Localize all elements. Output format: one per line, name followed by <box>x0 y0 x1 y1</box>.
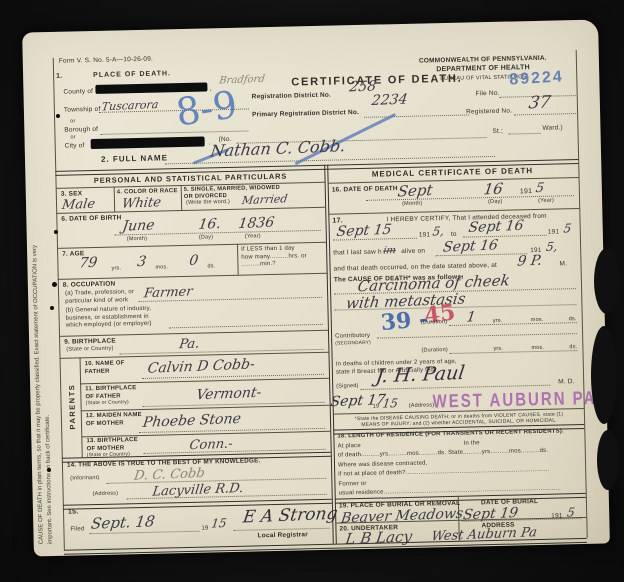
dob-unit-year: (Year) <box>245 233 261 240</box>
registered-no-handwritten: 37 <box>527 92 551 113</box>
registrar-signature: E A Strong <box>242 504 339 528</box>
signed-address-label: (Address) <box>409 402 435 409</box>
dob-unit-day: (Day) <box>199 234 214 241</box>
dob-label: 6. DATE OF BIRTH <box>61 214 121 223</box>
local-registrar-label: Local Registrar <box>258 531 308 540</box>
dob-year-handwritten: 1836 <box>237 215 275 232</box>
to-word: to <box>451 231 457 239</box>
primary-district-handwritten: 2234 <box>371 92 409 109</box>
duration2-line <box>450 350 578 354</box>
father-name-label: 10. NAME OF FATHER <box>85 360 125 376</box>
item15-number: 15. <box>68 508 79 517</box>
contributory-label: Contributory <box>335 333 370 341</box>
ward-line <box>509 133 541 135</box>
signed-19-printed: 19 <box>373 404 380 411</box>
city-label: City of <box>65 142 85 151</box>
registered-no-line <box>514 113 576 115</box>
lastsaw-year-handwritten: 5, <box>545 239 558 254</box>
from-year-handwritten: 5, <box>432 224 445 239</box>
age-years-handwritten: 79 <box>78 255 98 272</box>
filed-19-printed: 19 <box>201 526 208 534</box>
street-ward-label: Ward.) <box>542 124 563 133</box>
torn-edge-blob-3 <box>597 430 619 490</box>
photo-background: CAUSE OF DEATH in plain terms, so that i… <box>0 0 624 582</box>
residence-atplace: At place <box>338 443 361 451</box>
row-rule-6 <box>80 378 329 385</box>
row-rule-5 <box>60 352 329 359</box>
row-rule-1 <box>56 207 325 214</box>
date-of-death-label: 16. DATE OF DEATH <box>332 185 398 195</box>
occupation-handwritten: Farmer <box>143 284 193 301</box>
birthplace-note: (State or Country) <box>66 346 113 354</box>
residence-line3: Where was disease contracted, <box>338 461 428 471</box>
borough-line <box>100 130 248 134</box>
street-st-label: St.; <box>492 128 503 136</box>
marital-note: (Write the word.) <box>186 199 230 207</box>
occupation-label: 8. OCCUPATION <box>63 281 116 290</box>
mother-name-label: 12. MAIDEN NAME OF MOTHER <box>86 412 142 428</box>
torn-edge-blob-2 <box>591 326 617 424</box>
primary-district-line <box>364 114 469 117</box>
lastsaw-date-handwritten: Sept 16 <box>442 237 499 255</box>
margin-note-line2: important. See instructions on back of c… <box>45 415 54 545</box>
dod-unit-day: (Day) <box>488 199 503 206</box>
mother-name-handwritten: Phoebe Stone <box>142 411 242 431</box>
ink-dot-4 <box>50 306 54 310</box>
form-number: Form V. S. No. 5-A—10-26-09. <box>59 56 153 66</box>
city-redaction-bar <box>91 136 205 149</box>
filed-label: Filed <box>70 526 84 534</box>
fullname-handwritten: Nathan C. Cobb. <box>209 136 346 160</box>
or-word-2: or <box>70 134 75 141</box>
md-label: M. D. <box>558 378 575 386</box>
dob-unit-month: (Month) <box>127 236 148 243</box>
ink-dot-1 <box>56 114 60 118</box>
county-label: County of <box>63 88 93 97</box>
marital-handwritten: Married <box>241 192 288 207</box>
occupation-b-label: (b) General nature of industry, business… <box>65 306 151 330</box>
ink-dot-5 <box>47 468 51 472</box>
dod-unit-month: (Month) <box>402 201 423 208</box>
race-handwritten: White <box>121 195 162 212</box>
row-rule-3 <box>58 273 327 280</box>
occupation-a-label: (a) Trade, profession, or particular kin… <box>65 289 134 306</box>
row-rule-8 <box>81 431 330 438</box>
lastsaw-text: that I last saw h <box>333 248 382 257</box>
lastsaw-text2: alive on <box>401 248 425 257</box>
signed-year-handwritten: 15 <box>382 396 399 411</box>
registration-district-label: Registration District No. <box>252 92 332 102</box>
contributory-note: (SECONDARY) <box>335 341 371 348</box>
undertaker-handwritten: L B Lacy <box>344 527 413 548</box>
age-less-note: If LESS than 1 day how many..........hrs… <box>241 245 307 269</box>
parents-strip-line <box>80 357 83 457</box>
file-number-stamp: 89224 <box>509 68 564 89</box>
residence-line2: of death..........yrs..........mos......… <box>338 448 549 460</box>
contributory-line <box>377 333 577 339</box>
dod-year-handwritten: 5 <box>535 181 545 196</box>
father-birthplace-handwritten: Vermont- <box>195 385 262 404</box>
occurred-time-handwritten: 9 P. <box>516 253 543 270</box>
dob-month-handwritten: June <box>121 217 155 234</box>
registered-no-label: Registered No. <box>466 108 512 117</box>
duration-handwritten: 1 <box>466 309 477 325</box>
age-days-handwritten: 0 <box>188 253 199 269</box>
attended-from-handwritten: Sept 15 <box>336 222 393 240</box>
margin-note-line1: CAUSE OF DEATH in plain terms, so that i… <box>32 245 45 544</box>
attended-to-handwritten: Sept 16 <box>468 218 525 236</box>
residence-inthe: In the <box>464 440 480 448</box>
lastsaw-him-handwritten: im <box>382 245 396 257</box>
crayon-district-mark: 8-9 <box>173 82 240 134</box>
registrar-line <box>233 528 329 531</box>
occurred-m-printed: M. <box>559 260 567 268</box>
or-word-1: or <box>70 118 75 125</box>
age-cell-divider <box>237 244 239 275</box>
informant-label: (Informant) <box>70 475 99 483</box>
borough-label: Borough of <box>64 126 98 135</box>
birthplace-handwritten: Pa. <box>178 336 200 352</box>
cell-line-2 <box>181 185 183 210</box>
file-no-label: File No. <box>476 90 500 99</box>
fullname-label: 2. FULL NAME <box>101 153 168 165</box>
parents-vertical-label: PARENTS <box>67 384 77 430</box>
physician-signature: J. H. Paul <box>374 362 466 388</box>
sex-handwritten: Male <box>61 197 96 213</box>
to-191-printed: 191 <box>548 228 560 236</box>
signed-label: (Signed) <box>336 383 359 390</box>
primary-district-label: Primary Registration District No. <box>252 109 359 120</box>
place-of-death-label: PLACE OF DEATH. <box>93 70 171 81</box>
item1-number: 1. <box>56 73 62 82</box>
filed-date-handwritten: Sept. 18 <box>90 512 156 533</box>
cell-line-1 <box>114 187 116 212</box>
dod-unit-year: (Year) <box>538 198 554 205</box>
father-name-handwritten: Calvin D Cobb- <box>147 356 256 376</box>
occupation-b-line <box>169 324 323 328</box>
age-months-handwritten: 3 <box>136 254 147 270</box>
duration2-label: (Duration) <box>421 347 448 354</box>
age-mos-unit: mos. <box>155 264 168 271</box>
dod-day-handwritten: 16 <box>483 180 505 199</box>
death-certificate-paper: CAUSE OF DEATH in plain terms, so that i… <box>22 20 610 557</box>
from-191-printed: 191 <box>419 231 431 239</box>
torn-edge-blob-1 <box>594 248 620 314</box>
to-year-handwritten: 5 <box>563 221 573 235</box>
residence-line5: Former or <box>338 481 366 489</box>
ink-dot-2 <box>54 230 58 234</box>
duration-label: (Duration) <box>421 319 448 326</box>
father-birthplace-note: (State or Country) <box>85 399 128 406</box>
informant-address-label: (Address) <box>93 491 119 498</box>
dob-day-handwritten: 16. <box>197 216 221 233</box>
ink-dot-3 <box>52 282 57 287</box>
form-left-border <box>53 58 65 550</box>
age-ds-unit: ds. <box>207 263 215 270</box>
form-right-border <box>576 50 588 538</box>
filed-year-handwritten: 15 <box>210 516 227 531</box>
township-label: Township of <box>64 106 101 115</box>
age-yrs-unit: yrs. <box>111 265 121 272</box>
